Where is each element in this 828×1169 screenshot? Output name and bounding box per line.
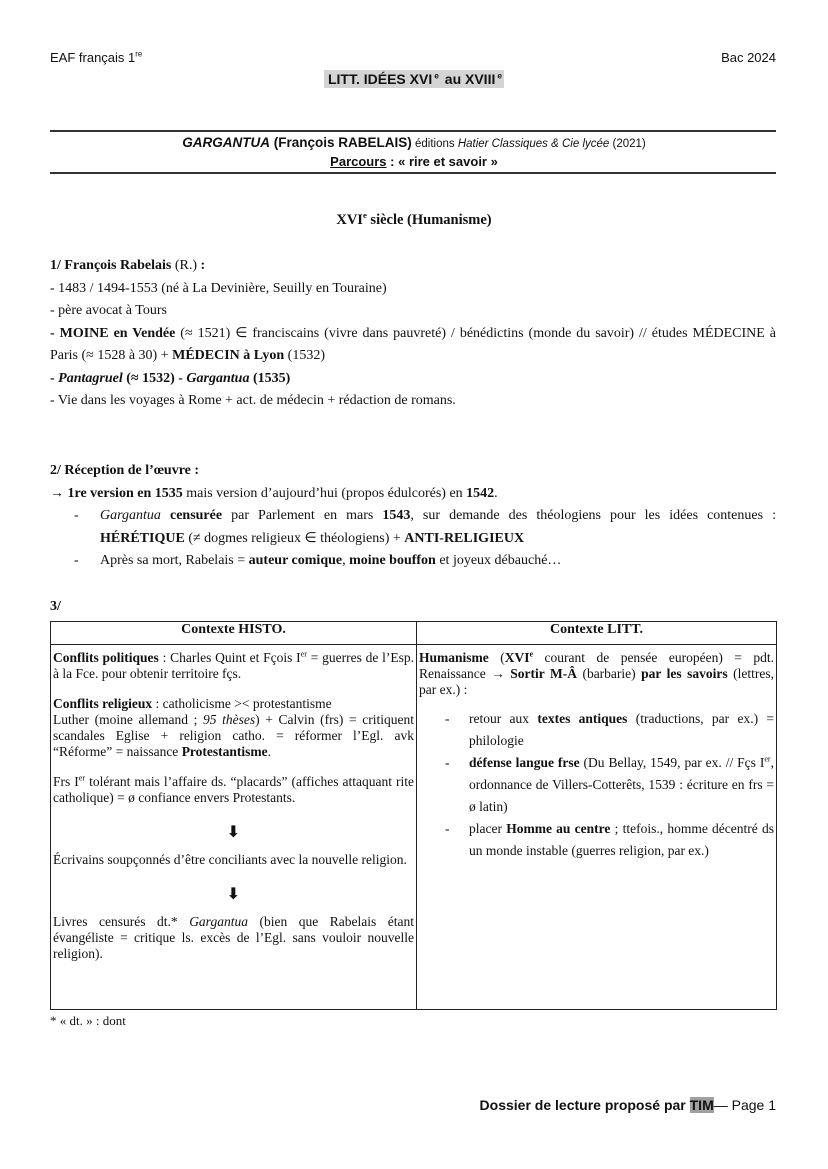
book-title-line: GARGANTUA (François RABELAIS) éditions H… bbox=[0, 135, 828, 150]
list-item: - Vie dans les voyages à Rome + act. de … bbox=[50, 390, 776, 413]
section-label: 3/ bbox=[50, 599, 61, 615]
section-heading: 2/ Réception de l’œuvre : bbox=[50, 460, 776, 483]
section-rabelais: 1/ François Rabelais (R.) : - 1483 / 149… bbox=[50, 255, 776, 413]
arrow-down-icon: ⬇ bbox=[53, 824, 414, 840]
list-item: - 1483 / 1494-1553 (né à La Devinière, S… bbox=[50, 278, 776, 301]
parcours-line: Parcours : « rire et savoir » bbox=[0, 154, 828, 169]
footnote: * « dt. » : dont bbox=[50, 1013, 126, 1029]
column-header-histo: Contexte HISTO. bbox=[51, 622, 417, 645]
list-item: - Pantagruel (≈ 1532) - Gargantua (1535) bbox=[50, 368, 776, 391]
course-label: EAF français 1re bbox=[50, 50, 142, 65]
section-reception: 2/ Réception de l’œuvre : → 1re version … bbox=[50, 460, 776, 573]
list-item: -Gargantua censurée par Parlement en mar… bbox=[50, 505, 776, 550]
author-tag: TIM bbox=[690, 1097, 714, 1113]
list-item: - MOINE en Vendée (≈ 1521) ∈ franciscain… bbox=[50, 323, 776, 368]
arrow-down-icon: ⬇ bbox=[53, 886, 414, 902]
litt-cell: Humanisme (XVIe courant de pensée europé… bbox=[417, 645, 777, 1010]
histo-placards: Frs Ier tolérant mais l’affaire ds. “pla… bbox=[53, 774, 414, 806]
histo-religion: Conflits religieux : catholicisme >< pro… bbox=[53, 696, 414, 760]
divider-bottom bbox=[50, 172, 776, 174]
section-heading: 1/ François Rabelais (R.) : bbox=[50, 255, 776, 278]
list-item: -défense langue frse (Du Bellay, 1549, p… bbox=[419, 752, 774, 818]
context-table: Contexte HISTO. Contexte LITT. Conflits … bbox=[50, 621, 777, 1010]
list-item: -retour aux textes antiques (traductions… bbox=[419, 708, 774, 752]
histo-cell: Conflits politiques : Charles Quint et F… bbox=[51, 645, 417, 1010]
page-title: LITT. IDÉES XVIe au XVIIIe bbox=[0, 71, 828, 89]
histo-politics: Conflits politiques : Charles Quint et F… bbox=[53, 650, 414, 682]
list-item: → 1re version en 1535 mais version d’auj… bbox=[50, 483, 776, 506]
page-footer: Dossier de lecture proposé par TIM— Page… bbox=[480, 1097, 776, 1113]
litt-intro: Humanisme (XVIe courant de pensée europé… bbox=[419, 650, 774, 698]
century-heading: XVIe siècle (Humanisme) bbox=[0, 212, 828, 229]
list-item: - père avocat à Tours bbox=[50, 300, 776, 323]
divider-top bbox=[50, 130, 776, 132]
exam-year: Bac 2024 bbox=[721, 50, 776, 65]
list-item: -placer Homme au centre ; ttefois., homm… bbox=[419, 818, 774, 862]
histo-writers: Écrivains soupçonnés d’être conciliants … bbox=[53, 852, 414, 868]
histo-censorship: Livres censurés dt.* Gargantua (bien que… bbox=[53, 914, 414, 962]
list-item: -Après sa mort, Rabelais = auteur comiqu… bbox=[50, 550, 776, 573]
column-header-litt: Contexte LITT. bbox=[417, 622, 777, 645]
